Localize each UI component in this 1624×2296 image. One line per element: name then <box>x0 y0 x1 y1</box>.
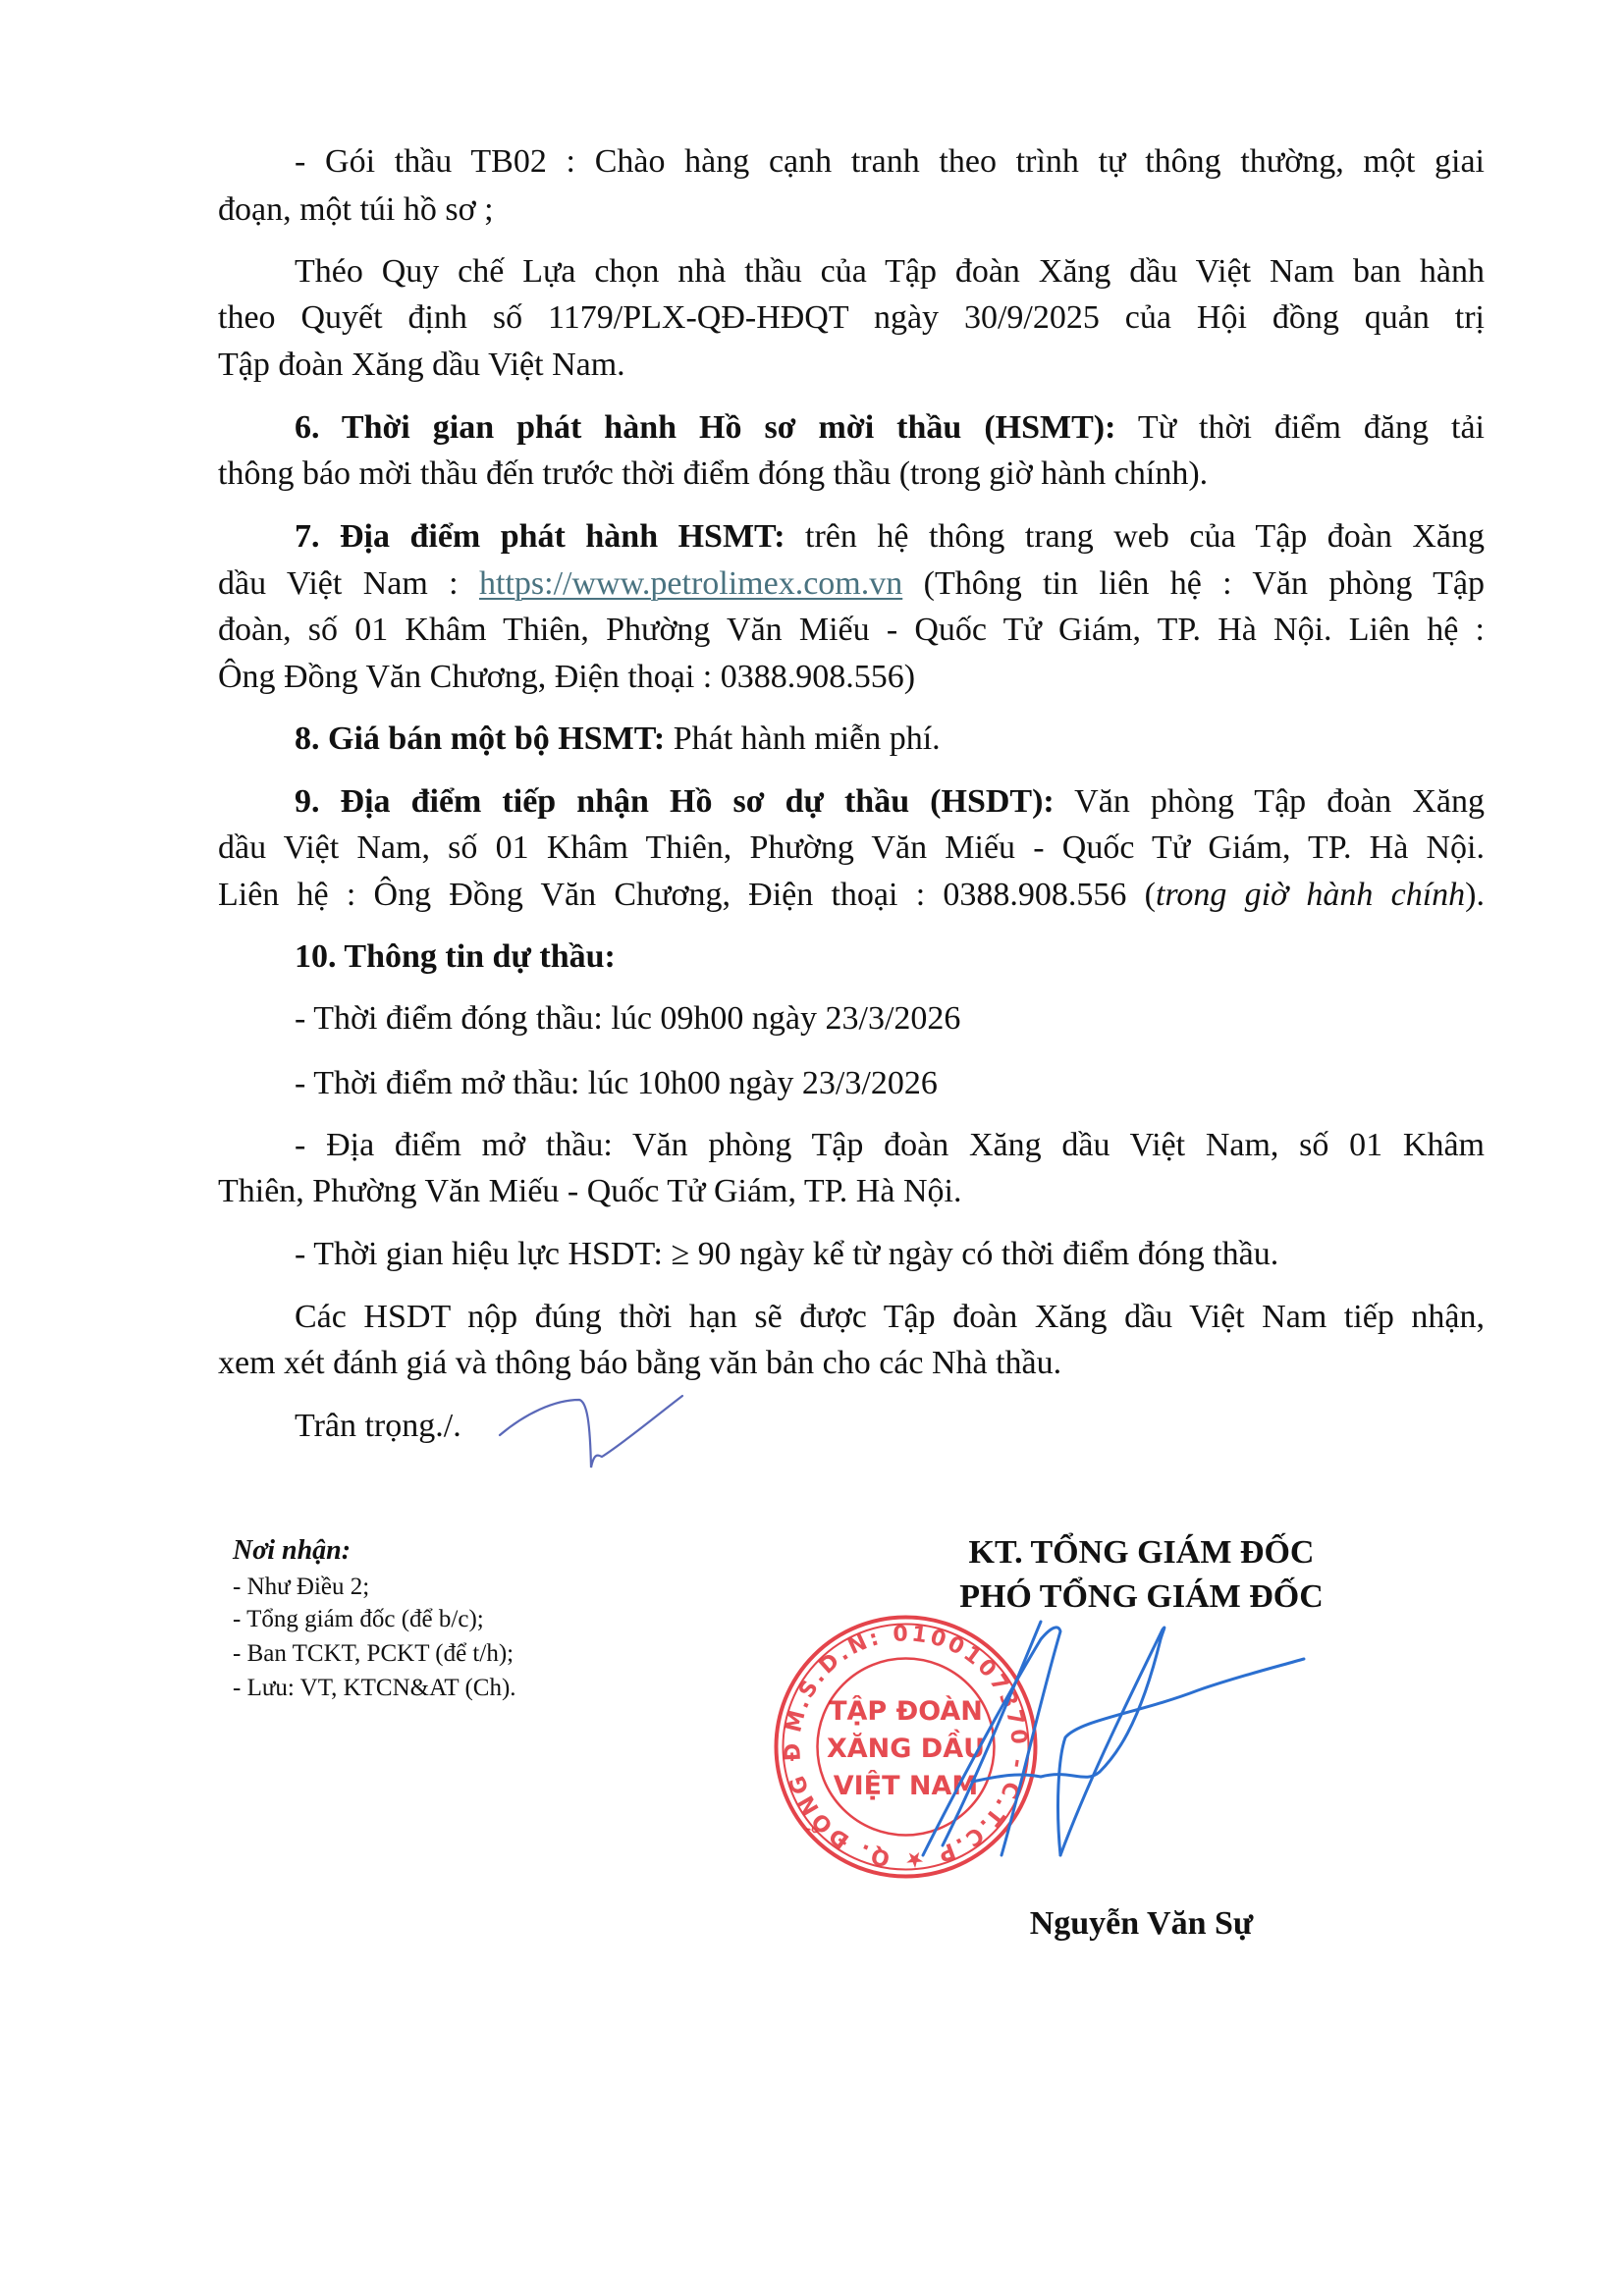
recipients-title: Nơi nhận: <box>233 1536 351 1566</box>
section-10-heading: 10. Thông tin dự thầu: <box>295 937 1485 977</box>
section-9-line-2: dầu Việt Nam, số 01 Khâm Thiên, Phường V… <box>218 828 1485 868</box>
section-7-heading: 7. Địa điểm phát hành HSMT: <box>295 518 785 555</box>
section-6-heading: 6. Thời gian phát hành Hồ sơ mời thầu (H… <box>295 409 1115 446</box>
section-6-line-2: thông báo mời thầu đến trước thời điểm đ… <box>218 454 1485 494</box>
opening-place-line-2: Thiên, Phường Văn Miếu - Quốc Tử Giám, T… <box>218 1172 1485 1211</box>
section-7-line-1: 7. Địa điểm phát hành HSMT: trên hệ thôn… <box>295 517 1485 557</box>
section-8-heading: 8. Giá bán một bộ HSMT: <box>295 721 665 757</box>
section-6-line-1: 6. Thời gian phát hành Hồ sơ mời thầu (H… <box>295 408 1485 448</box>
section-9-line-1: 9. Địa điểm tiếp nhận Hồ sơ dự thầu (HSD… <box>295 782 1485 822</box>
recipient-item: - Ban TCKT, PCKT (để t/h); <box>233 1639 514 1669</box>
regulation-line-2: theo Quyết định số 1179/PLX-QĐ-HĐQT ngày… <box>218 298 1485 338</box>
regulation-line-1: Théo Quy chế Lựa chọn nhà thầu của Tập đ… <box>295 252 1485 292</box>
section-7-line-4: Ông Đồng Văn Chương, Điện thoại : 0388.9… <box>218 658 1485 697</box>
closing-time: - Thời điểm đóng thầu: lúc 09h00 ngày 23… <box>295 999 1485 1039</box>
signer-title-1: KT. TỔNG GIÁM ĐỐC <box>884 1533 1399 1573</box>
regards: Trân trọng./. <box>295 1407 1485 1446</box>
petrolimex-website-link[interactable]: https://www.petrolimex.com.vn <box>479 565 902 602</box>
opening-place-line-1: - Địa điểm mở thầu: Văn phòng Tập đoàn X… <box>295 1126 1485 1165</box>
section-7-line-3: đoàn, số 01 Khâm Thiên, Phường Văn Miếu … <box>218 611 1485 650</box>
initial-signature-icon <box>496 1384 692 1472</box>
section-7-line-2: dầu Việt Nam : https://www.petrolimex.co… <box>218 564 1485 604</box>
section-8-line: 8. Giá bán một bộ HSMT: Phát hành miễn p… <box>295 720 1485 759</box>
bid-package-line-2: đoạn, một túi hồ sơ ; <box>218 190 1485 230</box>
closing-line-2: xem xét đánh giá và thông báo bằng văn b… <box>218 1344 1485 1383</box>
recipient-item: - Lưu: VT, KTCN&AT (Ch). <box>233 1674 516 1703</box>
recipient-item: - Như Điều 2; <box>233 1573 369 1602</box>
handwritten-signature-icon <box>903 1610 1316 1875</box>
signer-name: Nguyễn Văn Sự <box>884 1904 1399 1944</box>
bid-validity: - Thời gian hiệu lực HSDT: ≥ 90 ngày kể … <box>295 1235 1485 1274</box>
bid-package-line-1: - Gói thầu TB02 : Chào hàng cạnh tranh t… <box>295 142 1485 182</box>
opening-time: - Thời điểm mở thầu: lúc 10h00 ngày 23/3… <box>295 1064 1485 1103</box>
regulation-line-3: Tập đoàn Xăng dầu Việt Nam. <box>218 346 1485 385</box>
section-9-heading: 9. Địa điểm tiếp nhận Hồ sơ dự thầu (HSD… <box>295 783 1055 820</box>
section-9-line-3: Liên hệ : Ông Đồng Văn Chương, Điện thoạ… <box>218 876 1485 915</box>
closing-line-1: Các HSDT nộp đúng thời hạn sẽ được Tập đ… <box>295 1298 1485 1337</box>
recipient-item: - Tổng giám đốc (để b/c); <box>233 1605 484 1634</box>
